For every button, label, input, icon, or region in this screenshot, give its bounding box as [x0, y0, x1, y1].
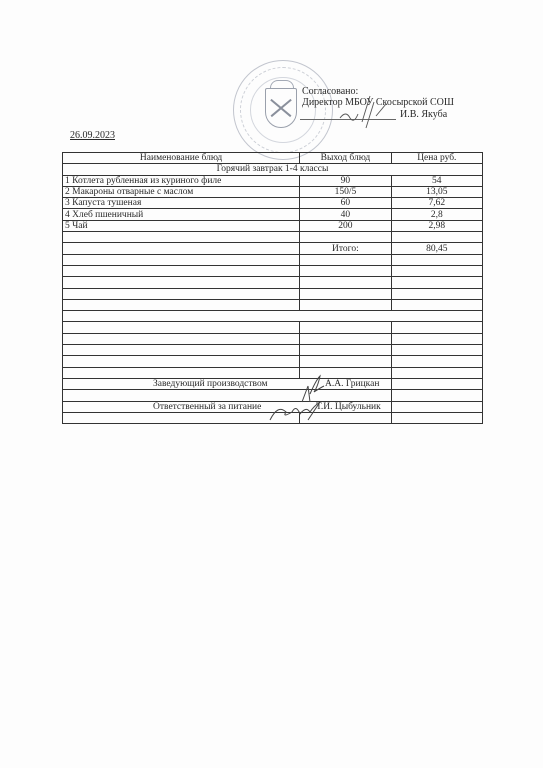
production-manager-name: А.А. Грицкан	[325, 379, 379, 389]
header-dish-name: Наименование блюд	[63, 153, 300, 164]
table-row: 5 Чай 200 2,98	[63, 220, 483, 231]
crest-shield-icon	[265, 88, 297, 128]
approval-signature-line	[300, 119, 396, 120]
empty-row	[63, 345, 483, 356]
total-label: Итого:	[300, 243, 391, 254]
dish-price: 2,98	[391, 220, 482, 231]
dish-name: 1 Котлета рубленная из куриного филе	[63, 175, 300, 186]
dish-price: 7,62	[391, 198, 482, 209]
table-row: 2 Макароны отварные с маслом 150/5 13,05	[63, 186, 483, 197]
empty-row	[63, 254, 483, 265]
menu-table: Наименование блюд Выход блюд Цена руб. Г…	[62, 152, 483, 424]
empty-row	[63, 333, 483, 344]
total-row: Итого: 80,45	[63, 243, 483, 254]
table-row: 4 Хлеб пшеничный 40 2,8	[63, 209, 483, 220]
section-row: Горячий завтрак 1-4 классы	[63, 164, 483, 175]
dish-yield: 90	[300, 175, 391, 186]
nutrition-signature-row: Ответственный за питание Т.И. Цыбульник	[63, 401, 483, 412]
dish-yield: 200	[300, 220, 391, 231]
dish-name: 5 Чай	[63, 220, 300, 231]
empty-row	[63, 356, 483, 367]
dish-price: 2,8	[391, 209, 482, 220]
header-price: Цена руб.	[391, 153, 482, 164]
table-row: 1 Котлета рубленная из куриного филе 90 …	[63, 175, 483, 186]
nutrition-manager-title: Ответственный за питание	[153, 402, 261, 412]
document-date: 26.09.2023	[70, 130, 115, 141]
empty-signature-row	[63, 390, 483, 401]
dish-yield: 40	[300, 209, 391, 220]
approval-director-name: И.В. Якуба	[400, 109, 447, 120]
production-manager-title: Заведующий производством	[153, 379, 268, 389]
section-title: Горячий завтрак 1-4 классы	[63, 164, 483, 175]
empty-row	[63, 367, 483, 378]
nutrition-manager-name: Т.И. Цыбульник	[316, 402, 381, 412]
approval-label: Согласовано:	[302, 86, 358, 97]
empty-merged-row	[63, 311, 483, 322]
dish-yield: 60	[300, 198, 391, 209]
empty-row	[63, 288, 483, 299]
empty-row	[63, 412, 483, 423]
empty-row	[63, 299, 483, 310]
empty-row	[63, 322, 483, 333]
header-yield: Выход блюд	[300, 153, 391, 164]
approval-position: Директор МБОУ Скосырской СОШ	[302, 97, 454, 108]
empty-row	[63, 265, 483, 276]
dish-yield: 150/5	[300, 186, 391, 197]
table-header-row: Наименование блюд Выход блюд Цена руб.	[63, 153, 483, 164]
production-signature-row: Заведующий производством А.А. Грицкан	[63, 378, 483, 389]
dish-price: 54	[391, 175, 482, 186]
dish-name: 2 Макароны отварные с маслом	[63, 186, 300, 197]
dish-name: 4 Хлеб пшеничный	[63, 209, 300, 220]
empty-row	[63, 277, 483, 288]
dish-name: 3 Капуста тушеная	[63, 198, 300, 209]
dish-price: 13,05	[391, 186, 482, 197]
table-row: 3 Капуста тушеная 60 7,62	[63, 198, 483, 209]
empty-row	[63, 232, 483, 243]
total-value: 80,45	[391, 243, 482, 254]
